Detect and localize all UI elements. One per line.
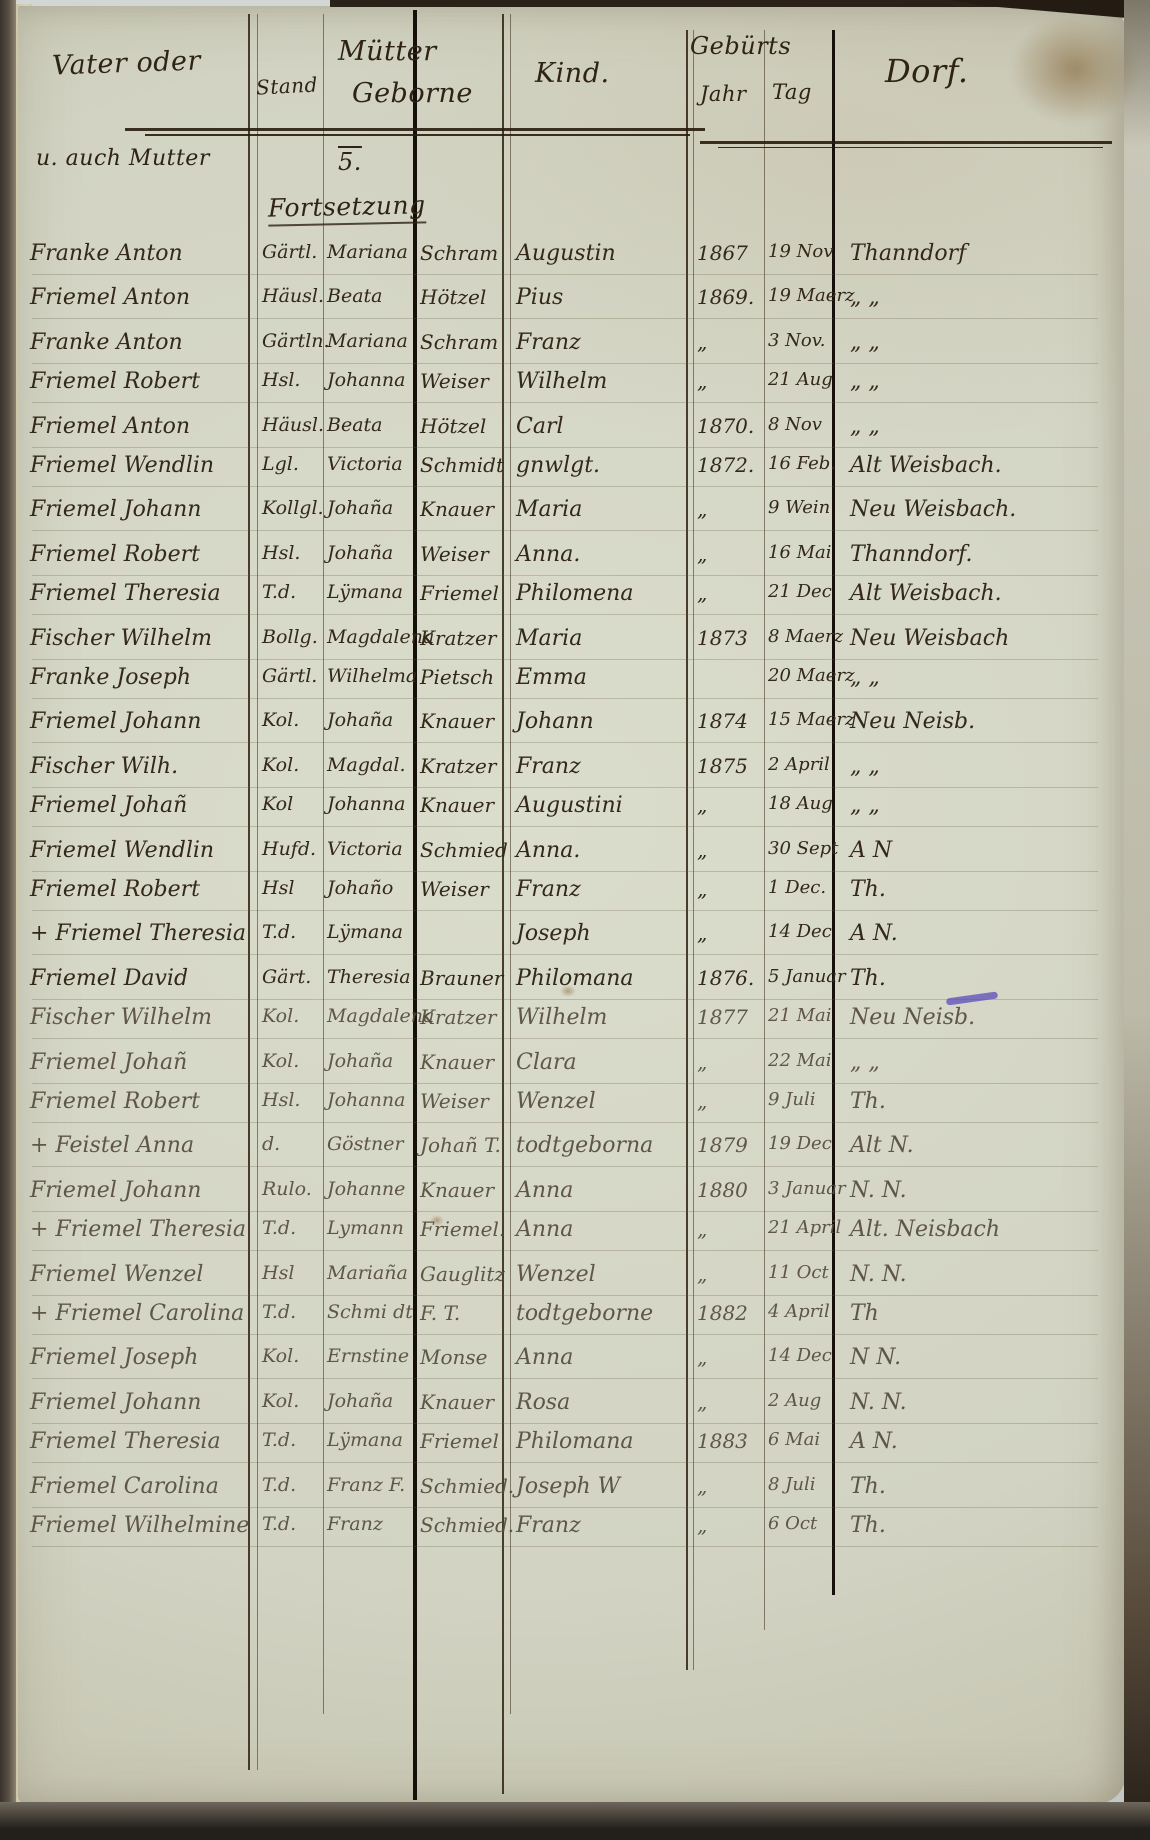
header-birth-year: Jahr bbox=[700, 82, 747, 106]
cell-village: „ „ bbox=[850, 369, 1098, 394]
cell-mother_given: Lÿmana bbox=[327, 1429, 411, 1451]
cell-village: Neu Neisb. bbox=[850, 1005, 1098, 1030]
cell-child: Augustin bbox=[516, 241, 681, 266]
ruled-baseline bbox=[32, 318, 1098, 319]
cell-stand: Rulo. bbox=[262, 1178, 320, 1200]
header-rule bbox=[718, 147, 1103, 148]
cell-child: Franz bbox=[516, 754, 681, 779]
cell-day: 22 Mai bbox=[768, 1050, 830, 1071]
cell-mother_given: Mariaña bbox=[327, 1262, 411, 1284]
ruled-baseline bbox=[32, 447, 1098, 448]
cell-year: „ bbox=[697, 1262, 759, 1286]
register-row: Friemel JohannKol.JohañaKnauerRosa„2 Aug… bbox=[0, 1390, 1150, 1432]
header-rule bbox=[700, 141, 1112, 144]
register-row: Friemel TheresiaT.d.LÿmanaFriemelPhilome… bbox=[0, 581, 1150, 623]
cell-mother_given: Theresia bbox=[327, 966, 411, 988]
cell-mother_given: Mariana bbox=[327, 330, 411, 352]
register-row: Friemel WendlinLgl.VictoriaSchmidtgnwlgt… bbox=[0, 453, 1150, 495]
ruled-baseline bbox=[32, 402, 1098, 403]
cell-father: Friemel Johann bbox=[30, 1178, 245, 1203]
cell-village: „ „ bbox=[850, 793, 1098, 818]
ruled-baseline bbox=[32, 871, 1098, 872]
cell-year: „ bbox=[697, 1390, 759, 1414]
cell-year: 1880 bbox=[697, 1178, 759, 1202]
ruled-baseline bbox=[32, 1423, 1098, 1424]
cell-village: „ „ bbox=[850, 285, 1098, 310]
register-row: Friemel AntonHäusl.BeataHötzelCarl1870.8… bbox=[0, 414, 1150, 456]
register-row: Fischer WilhelmKol.MagdalenaKratzerWilhe… bbox=[0, 1005, 1150, 1047]
cell-year: „ bbox=[697, 1474, 759, 1498]
cell-father: Fischer Wilh. bbox=[30, 754, 245, 779]
cell-child: Clara bbox=[516, 1050, 681, 1075]
cell-village: Neu Neisb. bbox=[850, 709, 1098, 734]
ruled-baseline bbox=[32, 954, 1098, 955]
cell-stand: Lgl. bbox=[262, 453, 320, 475]
cell-year: „ bbox=[697, 1089, 759, 1113]
cell-village: Neu Weisbach bbox=[850, 626, 1098, 651]
cell-mother_given: Johaña bbox=[327, 497, 411, 519]
cell-child: Augustini bbox=[516, 793, 681, 818]
cell-mother_given: Victoria bbox=[327, 838, 411, 860]
cell-day: 14 Dec bbox=[768, 921, 830, 942]
cell-stand: T.d. bbox=[262, 1513, 320, 1535]
cell-day: 5 Januar bbox=[768, 966, 830, 987]
cell-child: Pius bbox=[516, 285, 681, 310]
cell-stand: Hufd. bbox=[262, 838, 320, 860]
cell-father: Friemel Robert bbox=[30, 877, 245, 902]
register-row: Friemel CarolinaT.d.Franz F.Schmied.Jose… bbox=[0, 1474, 1150, 1516]
cell-mother_given: Beata bbox=[327, 414, 411, 436]
cell-father: Franke Anton bbox=[30, 330, 245, 355]
header-rule bbox=[145, 134, 690, 136]
cell-year: „ bbox=[697, 877, 759, 901]
register-row: Friemel AntonHäusl.BeataHötzelPius1869.1… bbox=[0, 285, 1150, 327]
cell-year: „ bbox=[697, 1217, 759, 1241]
cell-mother_surname: Weiser bbox=[420, 542, 500, 566]
cell-day: 2 Aug bbox=[768, 1390, 830, 1411]
cell-stand: Gärtln. bbox=[262, 330, 320, 352]
cell-day: 15 Maerz bbox=[768, 709, 830, 730]
cell-mother_given: Lÿmana bbox=[327, 581, 411, 603]
cell-day: 16 Feb. bbox=[768, 453, 830, 474]
cell-mother_surname: Schmidt bbox=[420, 453, 500, 477]
cell-child: Wenzel bbox=[516, 1262, 681, 1287]
cell-father: Franke Anton bbox=[30, 241, 245, 266]
ruled-baseline bbox=[32, 999, 1098, 1000]
cell-child: Anna bbox=[516, 1345, 681, 1370]
ruled-baseline bbox=[32, 363, 1098, 364]
register-row: Friemel TheresiaT.d.LÿmanaFriemelPhiloma… bbox=[0, 1429, 1150, 1471]
register-row: Friemel WendlinHufd.VictoriaSchmiedAnna.… bbox=[0, 838, 1150, 880]
header-birth: Gebürts bbox=[690, 32, 791, 60]
cell-village: Th. bbox=[850, 877, 1098, 902]
cell-mother_surname: Friemel bbox=[420, 581, 500, 605]
ruled-baseline bbox=[32, 1507, 1098, 1508]
cell-stand: Kol. bbox=[262, 1345, 320, 1367]
cell-child: Joseph bbox=[516, 921, 681, 946]
cell-father: Friemel Wendlin bbox=[30, 453, 245, 478]
cell-stand: T.d. bbox=[262, 1301, 320, 1323]
cell-stand: T.d. bbox=[262, 921, 320, 943]
cell-year: 1872. bbox=[697, 453, 759, 477]
header-village: Dorf. bbox=[885, 52, 969, 90]
cell-child: Franz bbox=[516, 1513, 681, 1538]
ruled-baseline bbox=[32, 575, 1098, 576]
register-row: Friemel JohañKolJohannaKnauerAugustini„1… bbox=[0, 793, 1150, 835]
cell-year: 1876. bbox=[697, 966, 759, 990]
ruled-baseline bbox=[32, 698, 1098, 699]
cell-village: Alt Weisbach. bbox=[850, 453, 1098, 478]
cell-mother_surname: Schram bbox=[420, 330, 500, 354]
cell-day: 3 Januar bbox=[768, 1178, 830, 1199]
cell-father: Friemel David bbox=[30, 966, 245, 991]
register-row: Franke JosephGärtl.WilhelmaPietschEmma20… bbox=[0, 665, 1150, 707]
register-row: Friemel DavidGärt.TheresiaBraunerPhiloma… bbox=[0, 966, 1150, 1008]
cell-day: 4 April bbox=[768, 1301, 830, 1322]
header-child: Kind. bbox=[535, 58, 610, 89]
cell-stand: T.d. bbox=[262, 1474, 320, 1496]
cell-father: Friemel Robert bbox=[30, 1089, 245, 1114]
register-row: Friemel JohañKol.JohañaKnauerClara„22 Ma… bbox=[0, 1050, 1150, 1092]
cell-child: gnwlgt. bbox=[516, 453, 681, 478]
cell-year: „ bbox=[697, 581, 759, 605]
cell-day: 6 Oct bbox=[768, 1513, 830, 1534]
cell-village: A N. bbox=[850, 921, 1098, 946]
cell-mother_surname: F. T. bbox=[420, 1301, 500, 1325]
cell-village: „ „ bbox=[850, 665, 1098, 690]
ruled-baseline bbox=[32, 486, 1098, 487]
cell-stand: Kol. bbox=[262, 754, 320, 776]
cell-stand: Kol. bbox=[262, 1390, 320, 1412]
cell-day: 14 Dec bbox=[768, 1345, 830, 1366]
cell-child: Anna. bbox=[516, 542, 681, 567]
cell-child: Anna. bbox=[516, 838, 681, 863]
cell-mother_given: Wilhelma bbox=[327, 665, 411, 687]
cell-father: Friemel Anton bbox=[30, 414, 245, 439]
register-row: Friemel RobertHslJohañoWeiserFranz„1 Dec… bbox=[0, 877, 1150, 919]
cell-father: Friemel Wilhelmine bbox=[30, 1513, 245, 1538]
cell-village: N. N. bbox=[850, 1390, 1098, 1415]
cell-day: 21 Dec bbox=[768, 581, 830, 602]
register-row: Friemel JohannKollgl.JohañaKnauerMaria„9… bbox=[0, 497, 1150, 539]
cell-mother_surname: Schmied bbox=[420, 838, 500, 862]
cell-year: „ bbox=[697, 793, 759, 817]
cell-father: Friemel Johañ bbox=[30, 793, 245, 818]
ruled-baseline bbox=[32, 826, 1098, 827]
cell-father: + Friemel Theresia bbox=[30, 1217, 245, 1242]
register-row: + Friemel TheresiaT.d.LÿmanaJoseph„14 De… bbox=[0, 921, 1150, 963]
cell-mother_surname: Pietsch bbox=[420, 665, 500, 689]
cell-mother_surname: Schram bbox=[420, 241, 500, 265]
cell-year: „ bbox=[697, 1050, 759, 1074]
cell-mother_given: Johanna bbox=[327, 369, 411, 391]
section-number: 5. bbox=[338, 148, 362, 176]
cell-child: Philomana bbox=[516, 966, 681, 991]
cell-mother_given: Franz F. bbox=[327, 1474, 411, 1496]
cell-day: 11 Oct bbox=[768, 1262, 830, 1283]
cell-village: Th bbox=[850, 1301, 1098, 1326]
cell-father: Friemel Robert bbox=[30, 369, 245, 394]
cell-mother_surname: Friemel bbox=[420, 1429, 500, 1453]
cell-day: 9 Wein bbox=[768, 497, 830, 518]
cell-child: Joseph W bbox=[516, 1474, 681, 1499]
cell-mother_given: Victoria bbox=[327, 453, 411, 475]
cell-mother_given: Schmi dt bbox=[327, 1301, 411, 1323]
cell-year: 1870. bbox=[697, 414, 759, 438]
register-row: + Friemel CarolinaT.d.Schmi dtF. T.todtg… bbox=[0, 1301, 1150, 1343]
cell-year: „ bbox=[697, 1513, 759, 1537]
cell-mother_given: Johaña bbox=[327, 1390, 411, 1412]
cell-child: Anna bbox=[516, 1217, 681, 1242]
register-row: Friemel WilhelmineT.d.FranzSchmied.Franz… bbox=[0, 1513, 1150, 1555]
cell-village: Th. bbox=[850, 1513, 1098, 1538]
cell-mother_surname: Knauer bbox=[420, 793, 500, 817]
cell-child: Johann bbox=[516, 709, 681, 734]
cell-year: 1873 bbox=[697, 626, 759, 650]
cell-father: Friemel Johañ bbox=[30, 1050, 245, 1075]
cell-mother_surname: Weiser bbox=[420, 369, 500, 393]
header-rule bbox=[125, 128, 705, 131]
cell-child: Philomana bbox=[516, 1429, 681, 1454]
cell-child: Rosa bbox=[516, 1390, 681, 1415]
cell-child: Maria bbox=[516, 497, 681, 522]
cell-child: Wilhelm bbox=[516, 1005, 681, 1030]
cell-stand: Kol. bbox=[262, 1050, 320, 1072]
ruled-baseline bbox=[32, 274, 1098, 275]
cell-mother_given: Johanna bbox=[327, 1089, 411, 1111]
cell-mother_surname: Gauglitz bbox=[420, 1262, 500, 1286]
cell-day: 16 Mai bbox=[768, 542, 830, 563]
header-mother-line2: Geborne bbox=[352, 78, 473, 109]
cell-village: „ „ bbox=[850, 414, 1098, 439]
register-row: Fischer Wilh.Kol.Magdal.KratzerFranz1875… bbox=[0, 754, 1150, 796]
cell-village: A N bbox=[850, 838, 1098, 863]
cell-day: 20 Maerz bbox=[768, 665, 830, 686]
cell-mother_given: Johaña bbox=[327, 542, 411, 564]
cell-day: 21 Mai bbox=[768, 1005, 830, 1026]
cell-mother_surname: Monse bbox=[420, 1345, 500, 1369]
register-row: Friemel JohannRulo.JohanneKnauerAnna1880… bbox=[0, 1178, 1150, 1220]
cell-stand: Gärtl. bbox=[262, 665, 320, 687]
cell-year: 1879 bbox=[697, 1133, 759, 1157]
cell-stand: Gärtl. bbox=[262, 241, 320, 263]
cell-stand: Hsl. bbox=[262, 542, 320, 564]
cell-mother_surname: Kratzer bbox=[420, 626, 500, 650]
cell-village: Th. bbox=[850, 966, 1098, 991]
cell-mother_given: Johanne bbox=[327, 1178, 411, 1200]
register-row: Friemel JosephKol.ErnstineMonseAnna„14 D… bbox=[0, 1345, 1150, 1387]
ruled-baseline bbox=[32, 1546, 1098, 1547]
cell-day: 21 April bbox=[768, 1217, 830, 1238]
register-row: + Feistel Annad.GöstnerJohañ T.todtgebor… bbox=[0, 1133, 1150, 1175]
cell-village: Neu Weisbach. bbox=[850, 497, 1098, 522]
cell-stand: Kollgl. bbox=[262, 497, 320, 519]
cell-father: Friemel Robert bbox=[30, 542, 245, 567]
cell-father: Friemel Theresia bbox=[30, 1429, 245, 1454]
cell-day: 8 Maerz bbox=[768, 626, 830, 647]
continuation-label: Fortsetzung bbox=[268, 192, 426, 225]
cell-mother_given: Lymann bbox=[327, 1217, 411, 1239]
cell-year: „ bbox=[697, 369, 759, 393]
cell-father: Friemel Carolina bbox=[30, 1474, 245, 1499]
register-row: Friemel JohannKol.JohañaKnauerJohann1874… bbox=[0, 709, 1150, 751]
cell-mother_surname: Knauer bbox=[420, 1390, 500, 1414]
cell-father: Fischer Wilhelm bbox=[30, 626, 245, 651]
register-row: Fischer WilhelmBollg.MagdalenaKratzerMar… bbox=[0, 626, 1150, 668]
cell-mother_surname: Hötzel bbox=[420, 414, 500, 438]
header-mother-line1: Mütter bbox=[338, 36, 437, 67]
cell-mother_surname: Kratzer bbox=[420, 754, 500, 778]
cell-mother_surname: Knauer bbox=[420, 1178, 500, 1202]
cell-year: 1867 bbox=[697, 241, 759, 265]
ruled-baseline bbox=[32, 614, 1098, 615]
ruled-baseline bbox=[32, 659, 1098, 660]
cell-stand: T.d. bbox=[262, 581, 320, 603]
book-bottom-edge bbox=[0, 1802, 1150, 1840]
subheader-father-note: u. auch Mutter bbox=[36, 146, 210, 171]
cell-day: 3 Nov. bbox=[768, 330, 830, 351]
cell-year: 1883 bbox=[697, 1429, 759, 1453]
cell-village: Th. bbox=[850, 1089, 1098, 1114]
cell-year: 1877 bbox=[697, 1005, 759, 1029]
ruled-baseline bbox=[32, 1462, 1098, 1463]
cell-year: „ bbox=[697, 542, 759, 566]
cell-mother_surname: Knauer bbox=[420, 1050, 500, 1074]
cell-father: Friemel Joseph bbox=[30, 1345, 245, 1370]
cell-day: 6 Mai bbox=[768, 1429, 830, 1450]
cell-mother_surname: Johañ T. bbox=[420, 1133, 500, 1157]
ruled-baseline bbox=[32, 1211, 1098, 1212]
cell-day: 18 Aug bbox=[768, 793, 830, 814]
cell-stand: Häusl. bbox=[262, 285, 320, 307]
cell-stand: Bollg. bbox=[262, 626, 320, 648]
cell-day: 2 April bbox=[768, 754, 830, 775]
cell-day: 8 Juli bbox=[768, 1474, 830, 1495]
cell-mother_surname: Weiser bbox=[420, 1089, 500, 1113]
cell-stand: Hsl bbox=[262, 1262, 320, 1284]
cell-child: todtgeborna bbox=[516, 1133, 681, 1158]
ruled-baseline bbox=[32, 1166, 1098, 1167]
ruled-baseline bbox=[32, 1083, 1098, 1084]
cell-mother_surname: Kratzer bbox=[420, 1005, 500, 1029]
cell-day: 9 Juli bbox=[768, 1089, 830, 1110]
cell-year: 1875 bbox=[697, 754, 759, 778]
cell-stand: d. bbox=[262, 1133, 320, 1155]
cell-day: 8 Nov bbox=[768, 414, 830, 435]
cell-father: Friemel Wendlin bbox=[30, 838, 245, 863]
cell-year: 1882 bbox=[697, 1301, 759, 1325]
cell-child: Carl bbox=[516, 414, 681, 439]
cell-day: 21 Aug bbox=[768, 369, 830, 390]
cell-mother_surname: Schmied. bbox=[420, 1474, 500, 1498]
cell-mother_given: Johanna bbox=[327, 793, 411, 815]
ruled-baseline bbox=[32, 742, 1098, 743]
cell-village: Th. bbox=[850, 1474, 1098, 1499]
cell-child: Wilhelm bbox=[516, 369, 681, 394]
cell-mother_given: Ernstine bbox=[327, 1345, 411, 1367]
cell-day: 19 Dec bbox=[768, 1133, 830, 1154]
cell-stand: Kol bbox=[262, 793, 320, 815]
cell-mother_given: Johaña bbox=[327, 1050, 411, 1072]
cell-stand: Hsl. bbox=[262, 369, 320, 391]
cell-mother_given: Göstner bbox=[327, 1133, 411, 1155]
register-row: Franke AntonGärtln.MarianaSchramFranz„3 … bbox=[0, 330, 1150, 372]
cell-mother_given: Lÿmana bbox=[327, 921, 411, 943]
cell-village: „ „ bbox=[850, 330, 1098, 355]
cell-child: Franz bbox=[516, 877, 681, 902]
cell-father: Friemel Anton bbox=[30, 285, 245, 310]
cell-mother_surname: Weiser bbox=[420, 877, 500, 901]
cell-mother_given: Beata bbox=[327, 285, 411, 307]
cell-stand: Hsl bbox=[262, 877, 320, 899]
cell-child: Wenzel bbox=[516, 1089, 681, 1114]
cell-child: Anna bbox=[516, 1178, 681, 1203]
register-row: Friemel RobertHsl.JohannaWeiserWenzel„9 … bbox=[0, 1089, 1150, 1131]
cell-village: Alt. Neisbach bbox=[850, 1217, 1098, 1242]
cell-year: „ bbox=[697, 497, 759, 521]
cell-village: A N. bbox=[850, 1429, 1098, 1454]
cell-mother_given: Johaño bbox=[327, 877, 411, 899]
cell-day: 30 Sept bbox=[768, 838, 830, 859]
cell-father: Franke Joseph bbox=[30, 665, 245, 690]
cell-village: Alt N. bbox=[850, 1133, 1098, 1158]
ruled-baseline bbox=[32, 1334, 1098, 1335]
cell-day: 19 Nov bbox=[768, 241, 830, 262]
cell-year: „ bbox=[697, 921, 759, 945]
cell-mother_given: Magdalena bbox=[327, 626, 411, 648]
cell-mother_given: Franz bbox=[327, 1513, 411, 1535]
cell-day: 1 Dec. bbox=[768, 877, 830, 898]
cell-year: „ bbox=[697, 1345, 759, 1369]
cell-father: Fischer Wilhelm bbox=[30, 1005, 245, 1030]
cell-mother_surname: Hötzel bbox=[420, 285, 500, 309]
cell-year: „ bbox=[697, 330, 759, 354]
cell-stand: Häusl. bbox=[262, 414, 320, 436]
cell-mother_given: Magdal. bbox=[327, 754, 411, 776]
ruled-baseline bbox=[32, 1295, 1098, 1296]
cell-mother_given: Mariana bbox=[327, 241, 411, 263]
header-stand: Stand bbox=[255, 72, 318, 99]
ruled-baseline bbox=[32, 1122, 1098, 1123]
cell-stand: Kol. bbox=[262, 709, 320, 731]
cell-stand: Kol. bbox=[262, 1005, 320, 1027]
cell-father: Friemel Wenzel bbox=[30, 1262, 245, 1287]
cell-mother_given: Johaña bbox=[327, 709, 411, 731]
cell-mother_given: Magdalena bbox=[327, 1005, 411, 1027]
ruled-baseline bbox=[32, 1250, 1098, 1251]
cell-father: + Friemel Carolina bbox=[30, 1301, 245, 1326]
cell-child: todtgeborne bbox=[516, 1301, 681, 1326]
cell-stand: Hsl. bbox=[262, 1089, 320, 1111]
ruled-baseline bbox=[32, 910, 1098, 911]
cell-village: N. N. bbox=[850, 1262, 1098, 1287]
cell-child: Emma bbox=[516, 665, 681, 690]
cell-father: Friemel Theresia bbox=[30, 581, 245, 606]
cell-mother_surname: Brauner bbox=[420, 966, 500, 990]
paper-stain bbox=[1010, 14, 1140, 124]
ruled-baseline bbox=[32, 1038, 1098, 1039]
register-page-photo: { "headers": { "father": "Vater oder", "… bbox=[0, 0, 1150, 1840]
ruled-baseline bbox=[32, 1378, 1098, 1379]
cell-stand: Gärt. bbox=[262, 966, 320, 988]
cell-day: 19 Maerz bbox=[768, 285, 830, 306]
register-row: Friemel RobertHsl.JohannaWeiserWilhelm„2… bbox=[0, 369, 1150, 411]
cell-child: Franz bbox=[516, 330, 681, 355]
cell-mother_surname: Schmied. bbox=[420, 1513, 500, 1537]
cell-year: 1874 bbox=[697, 709, 759, 733]
cell-mother_surname: Knauer bbox=[420, 497, 500, 521]
cell-village: Alt Weisbach. bbox=[850, 581, 1098, 606]
